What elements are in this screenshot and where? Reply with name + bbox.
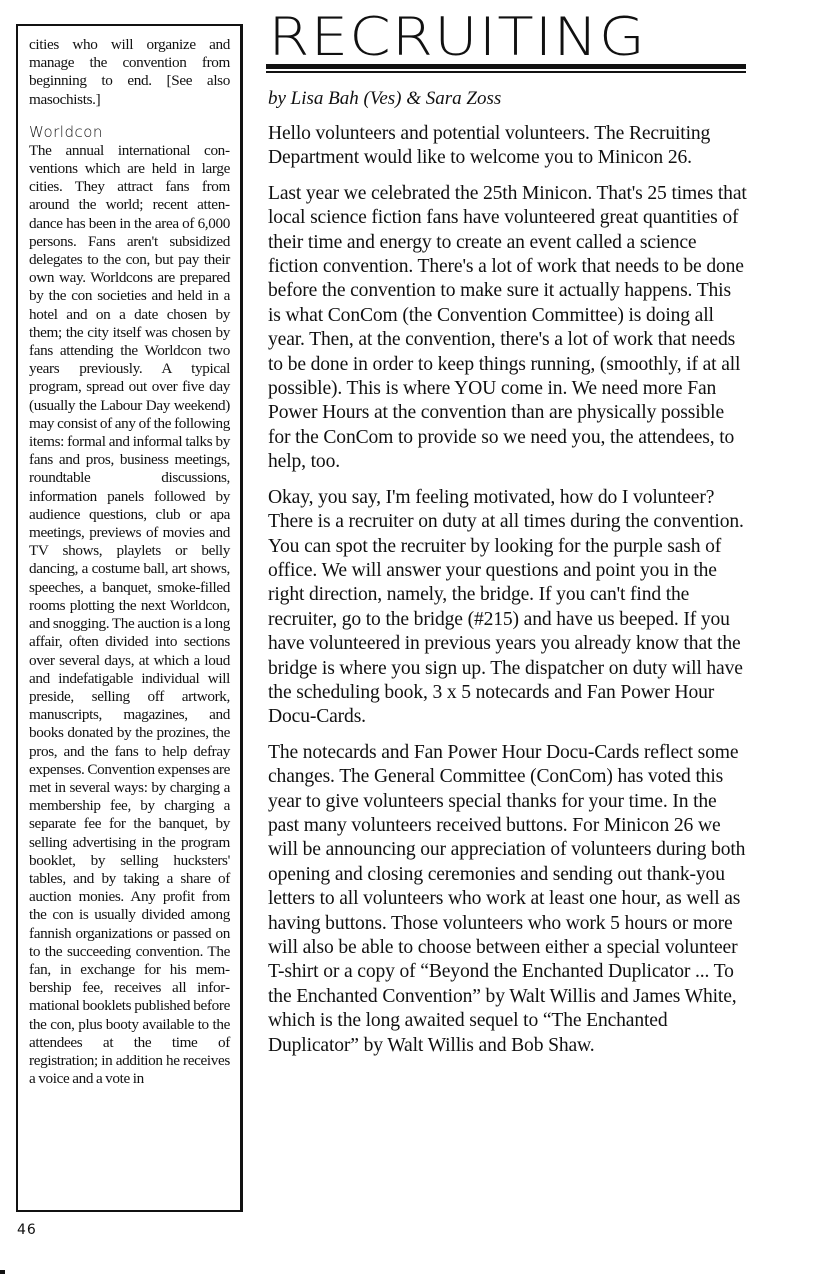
article-title: RECRUITING xyxy=(266,10,806,66)
article-paragraph: Hello volunteers and potential volunteer… xyxy=(268,122,748,171)
recruiting-article: RECRUITING by Lisa Bah (Ves) & Sara Zoss… xyxy=(266,10,748,1058)
glossary-term-worldcon: Worldcon xyxy=(29,123,230,141)
title-rule-thin xyxy=(266,71,746,73)
glossary-definition-worldcon: The annual international con­ventions wh… xyxy=(29,142,230,1089)
page-number: 46 xyxy=(17,1222,37,1238)
article-paragraph: Okay, you say, I'm feeling motivated, ho… xyxy=(268,486,748,730)
scan-mark xyxy=(0,1270,5,1274)
article-byline: by Lisa Bah (Ves) & Sara Zoss xyxy=(268,87,748,111)
article-paragraph: Last year we celebrated the 25th Minicon… xyxy=(268,182,748,475)
sidebar-intro-text: cities who will organize and manage the … xyxy=(29,36,230,109)
glossary-sidebar-box: cities who will organize and manage the … xyxy=(16,24,243,1212)
article-paragraph: The notecards and Fan Power Hour Docu-Ca… xyxy=(268,741,748,1058)
